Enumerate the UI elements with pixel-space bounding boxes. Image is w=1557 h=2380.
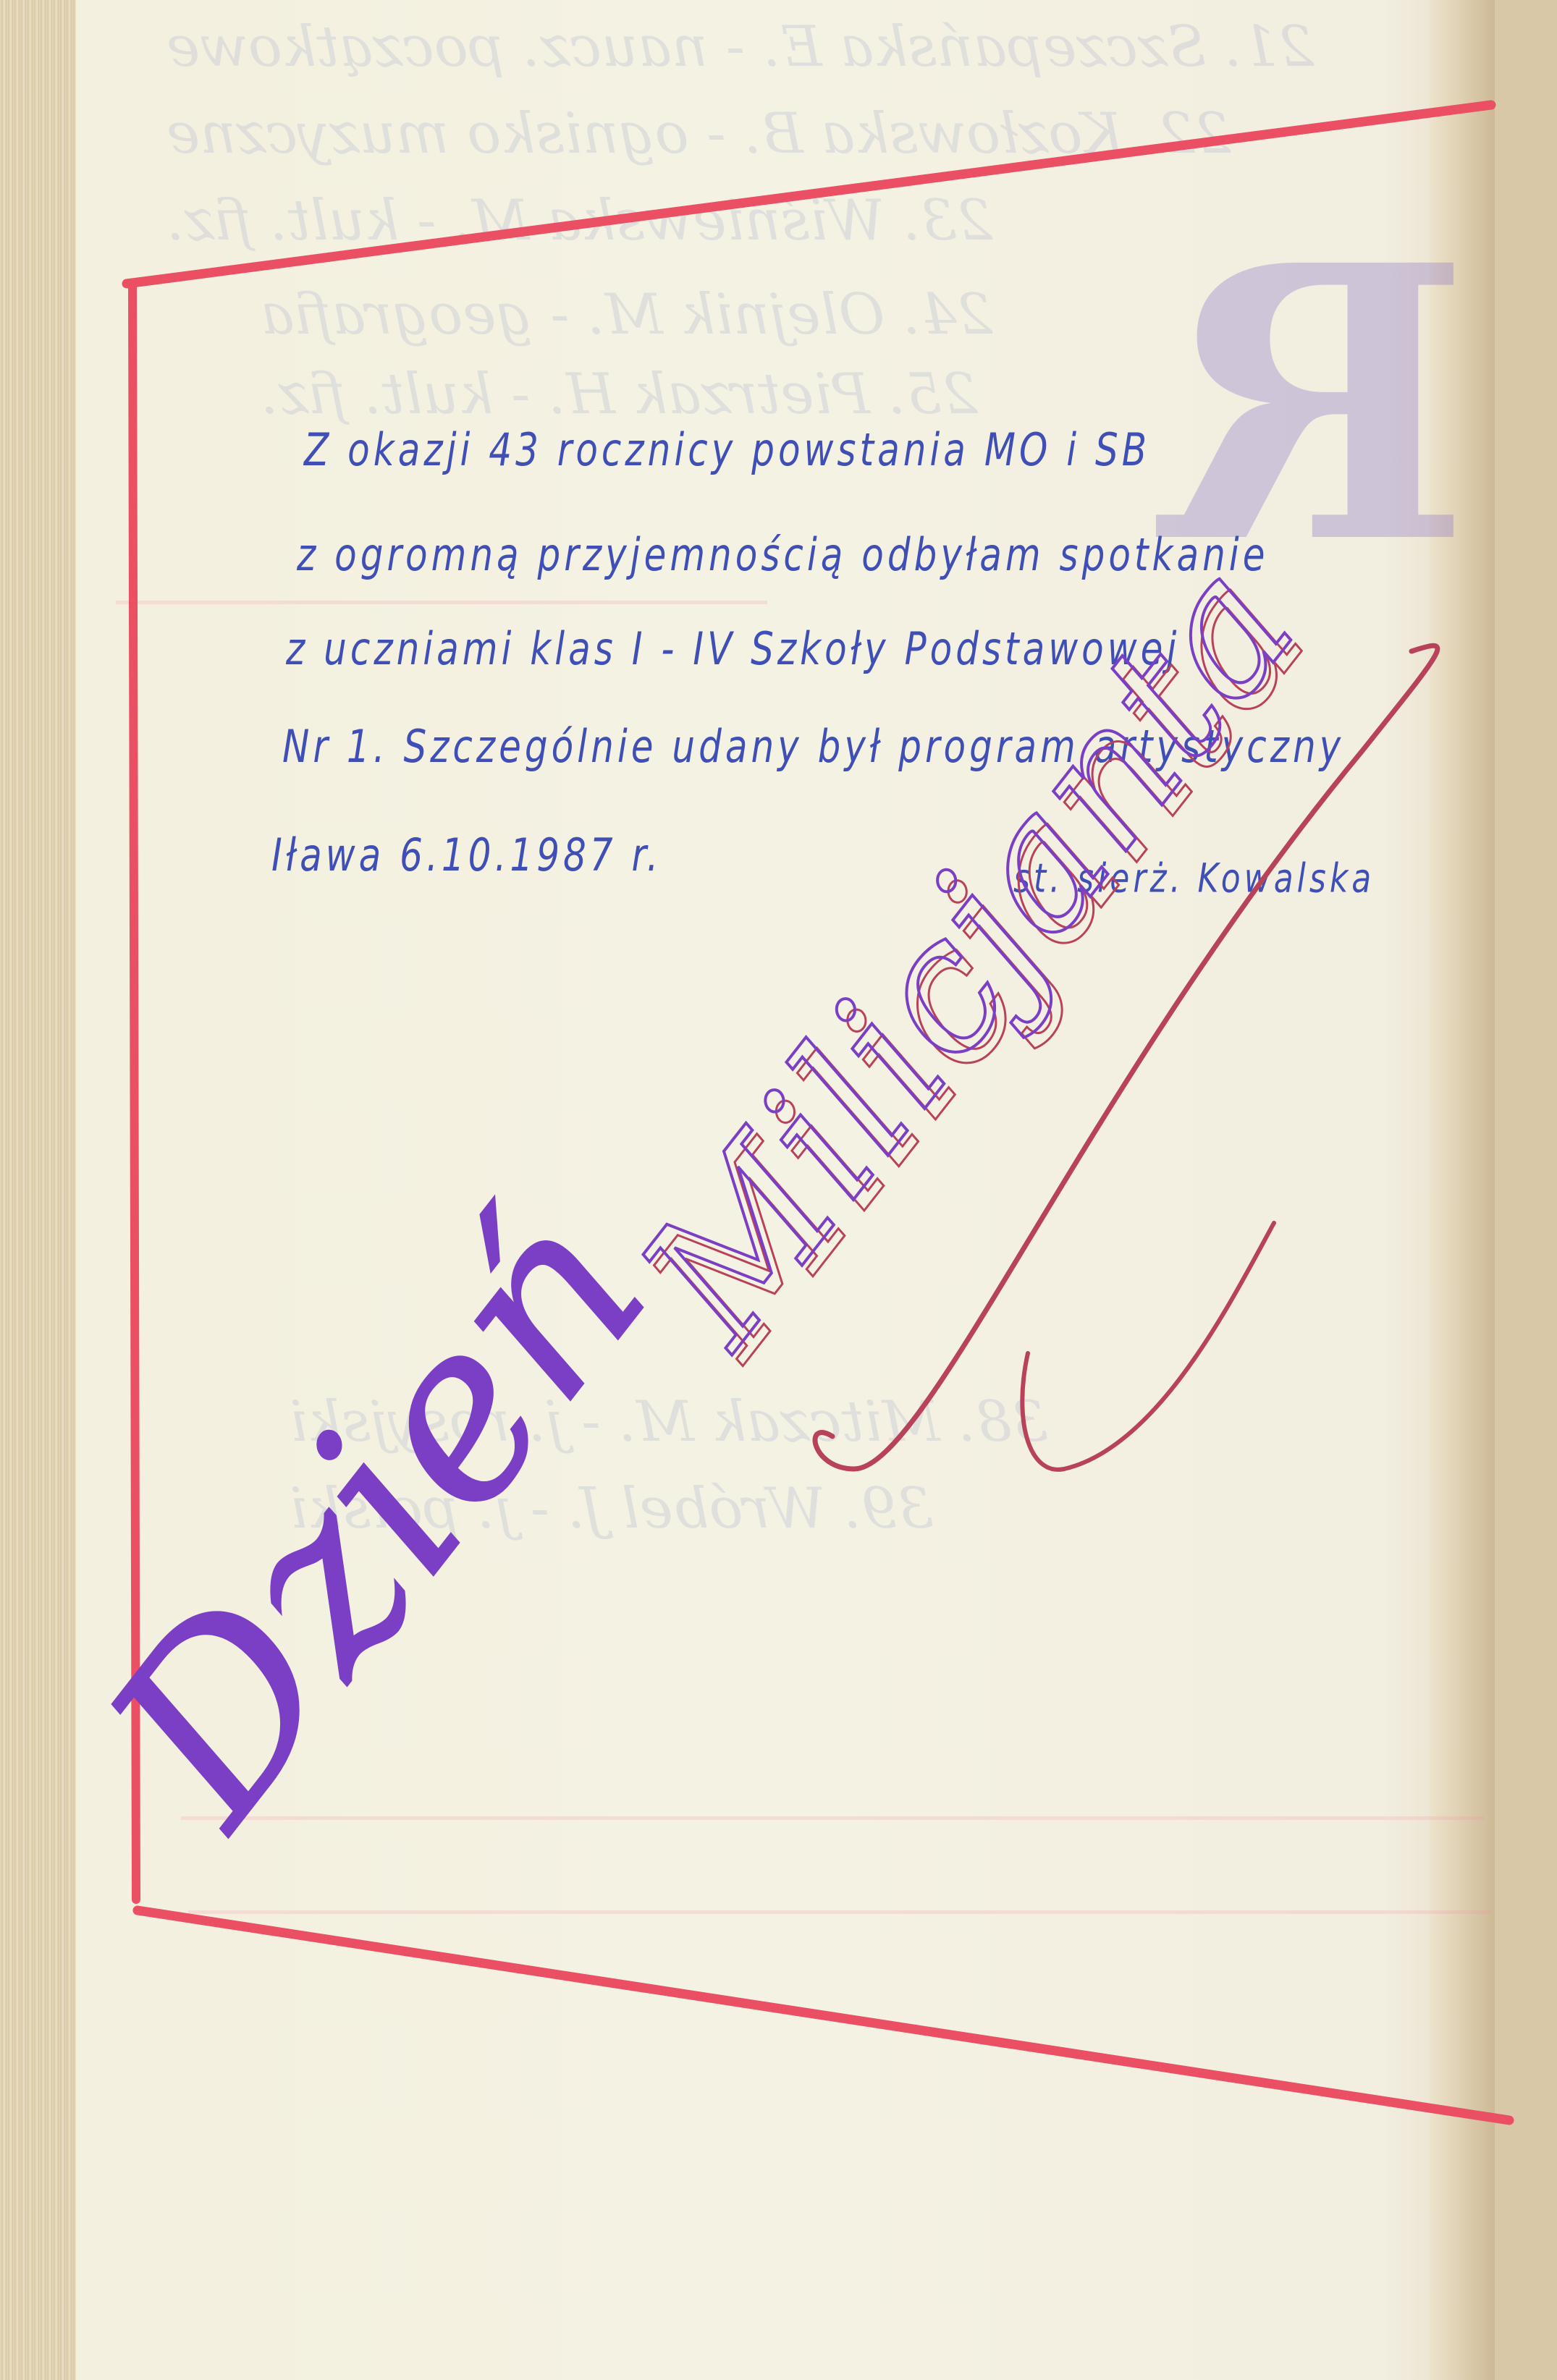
red-swash (0, 0, 1557, 2380)
